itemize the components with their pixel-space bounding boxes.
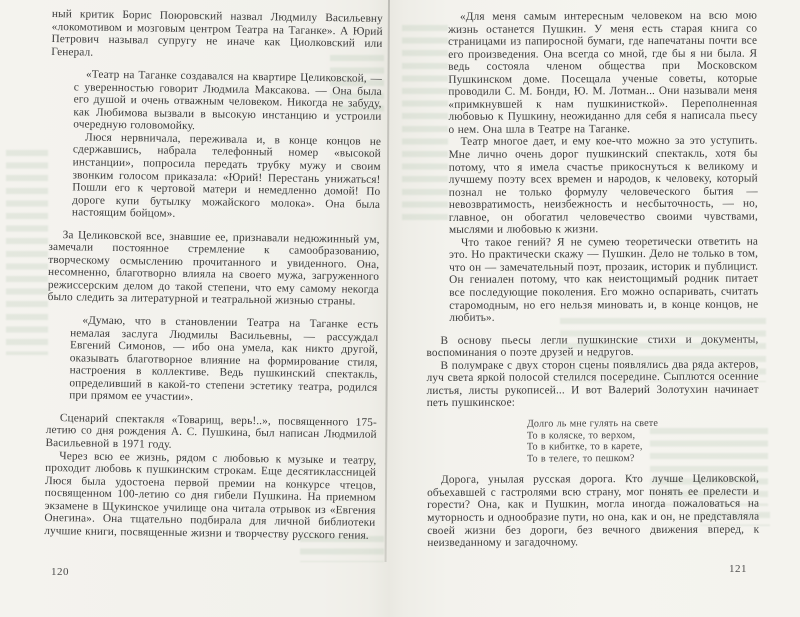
page-number: 121 bbox=[729, 563, 747, 575]
quote-paragraph: Что такое гений? Я не сумею теоретически… bbox=[449, 235, 758, 324]
verse-block: Долго ль мне гулять на свете То в коляск… bbox=[527, 418, 759, 465]
quote-paragraph: «Для меня самым интересным человеком на … bbox=[448, 10, 758, 137]
verse-line: Долго ль мне гулять на свете bbox=[527, 418, 759, 431]
quote-paragraph: Театр многое дает, и ему кое-что можно з… bbox=[449, 135, 758, 237]
verse-line: То в кибитке, то в карете, bbox=[527, 441, 759, 454]
quote-paragraph: «Думаю, что в становлении Театра на Тага… bbox=[69, 314, 378, 406]
paragraph: За Целиковской все, знавшие ее, признава… bbox=[48, 229, 380, 309]
left-page-text-block: ный критик Борис Поюровский назвал Людми… bbox=[44, 8, 383, 542]
paragraph: В полумраке с двух сторон сцены появляли… bbox=[427, 358, 759, 410]
verse-line: То в телеге, то пешком? bbox=[527, 452, 759, 465]
page-number: 120 bbox=[51, 566, 69, 578]
book-spread-photo: ный критик Борис Поюровский назвал Людми… bbox=[0, 0, 800, 617]
showthrough-text bbox=[6, 150, 48, 355]
verse-line: То в коляске, то верхом, bbox=[527, 429, 759, 442]
paragraph: Сценарий спектакля «Товарищ, верь!..», п… bbox=[45, 412, 377, 455]
paragraph: Через всю ее жизнь, рядом с любовью к му… bbox=[44, 449, 376, 542]
quote-paragraph: «Театр на Таганке создавался на квартире… bbox=[73, 69, 382, 136]
right-page-text-block: «Для меня самым интересным человеком на … bbox=[425, 10, 759, 550]
paragraph: Дорога, унылая русская дорога. Кто лучше… bbox=[427, 473, 759, 550]
right-page: «Для меня самым интересным человеком на … bbox=[389, 0, 800, 617]
paragraph: ный критик Борис Поюровский назвал Людми… bbox=[51, 8, 383, 63]
quote-paragraph: Люся нервничала, переживала и, в конце к… bbox=[72, 131, 381, 223]
left-page: ный критик Борис Поюровский назвал Людми… bbox=[0, 0, 389, 617]
paragraph: В основу пьесы легли пушкинские стихи и … bbox=[426, 333, 758, 360]
